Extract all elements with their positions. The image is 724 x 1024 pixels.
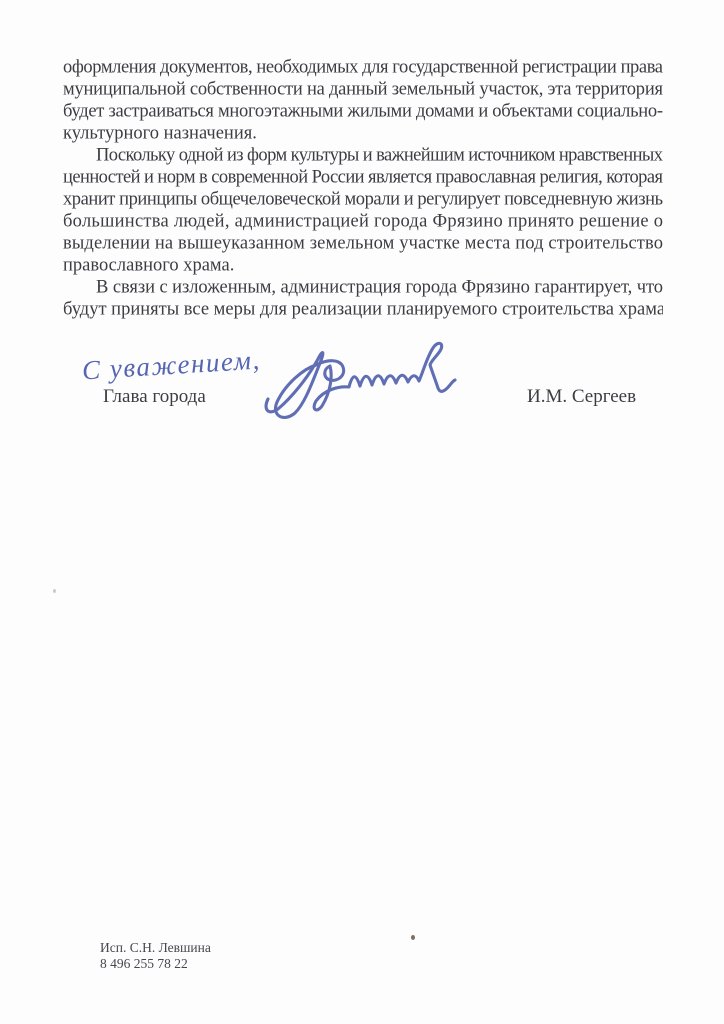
executor-name: Исп. С.Н. Левшина	[100, 940, 211, 956]
text-line: выделении на вышеуказанном земельном уча…	[63, 233, 663, 255]
text-line: Поскольку одной из форм культуры и важне…	[63, 145, 663, 167]
svg-text:муниципальной собственности на: муниципальной собственности на данный зе…	[63, 80, 663, 100]
letter-body: оформления документов, необходимых для г…	[63, 57, 663, 321]
svg-text:культурного назначения.: культурного назначения.	[63, 124, 257, 144]
text-line: муниципальной собственности на данный зе…	[63, 79, 663, 101]
svg-text:ценностей и норм в современной: ценностей и норм в современной России яв…	[63, 168, 663, 188]
text-line: большинства людей, администрацией города…	[63, 211, 663, 233]
svg-text:православного храма.: православного храма.	[63, 256, 234, 276]
svg-text:оформления документов, необход: оформления документов, необходимых для г…	[63, 58, 663, 78]
executor-phone: 8 496 255 78 22	[100, 956, 211, 972]
svg-text:В связи с изложенным, админист: В связи с изложенным, администрация горо…	[96, 278, 663, 298]
handwritten-salutation: С уважением,	[81, 345, 261, 387]
svg-text:большинства людей, администрац: большинства людей, администрацией города…	[63, 212, 663, 232]
text-line: культурного назначения.	[63, 123, 663, 145]
executor-footer: Исп. С.Н. Левшина 8 496 255 78 22	[100, 940, 211, 972]
text-line: будут приняты все меры для реализации пл…	[63, 299, 663, 321]
svg-text:будет застраиваться многоэтажн: будет застраиваться многоэтажными жилыми…	[63, 102, 663, 122]
text-line: будет застраиваться многоэтажными жилыми…	[63, 101, 663, 123]
svg-text:выделении на вышеуказанном зем: выделении на вышеуказанном земельном уча…	[63, 234, 663, 254]
scan-artifact-dot	[53, 589, 56, 593]
text-line: В связи с изложенным, администрация горо…	[63, 277, 663, 299]
svg-text:будут приняты все меры для реа: будут приняты все меры для реализации пл…	[63, 300, 663, 320]
text-line: православного храма.	[63, 255, 663, 277]
signer-title: Глава города	[103, 386, 206, 408]
scan-artifact-dot	[411, 935, 415, 940]
signature-flourish-icon	[262, 336, 477, 431]
signer-name: И.М. Сергеев	[527, 386, 636, 408]
svg-text:Поскольку одной из форм культу: Поскольку одной из форм культуры и важне…	[96, 146, 663, 166]
text-line: хранит принципы общечеловеческой морали …	[63, 189, 663, 211]
svg-text:хранит принципы общечеловеческ: хранит принципы общечеловеческой морали …	[63, 190, 663, 210]
text-line: ценностей и норм в современной России яв…	[63, 167, 663, 189]
scanned-letter-page: оформления документов, необходимых для г…	[0, 0, 724, 1024]
text-line: оформления документов, необходимых для г…	[63, 57, 663, 79]
